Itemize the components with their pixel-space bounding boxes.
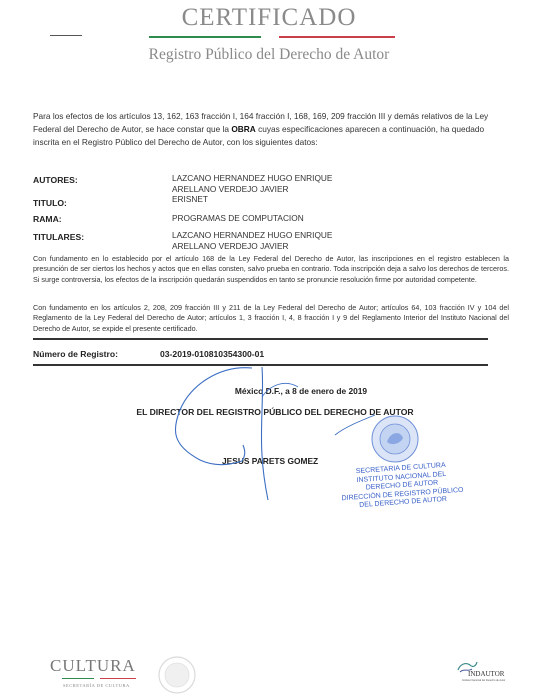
cultura-red-bar: [100, 678, 136, 679]
indautor-subtitle: Instituto Nacional del Derecho de Autor: [462, 679, 505, 682]
cultura-logo-text: CULTURA: [50, 656, 136, 676]
red-divider: [279, 36, 395, 38]
seal-text: SECRETARIA DE CULTURA INSTITUTO NACIONAL…: [331, 460, 474, 512]
author-name: LAZCANO HERNANDEZ HUGO ENRIQUE: [172, 173, 332, 184]
registration-number: 03-2019-010810354300-01: [160, 349, 264, 359]
green-divider: [149, 36, 261, 38]
certificate-subtitle: Registro Público del Derecho de Autor: [0, 46, 538, 64]
field-label-rama: RAMA:: [33, 214, 62, 224]
field-value-titulares: LAZCANO HERNANDEZ HUGO ENRIQUE ARELLANO …: [172, 230, 332, 251]
official-seal-icon: [370, 414, 420, 464]
cultura-subtitle: SECRETARÍA DE CULTURA: [63, 683, 130, 688]
author-name: ARELLANO VERDEJO JAVIER: [172, 184, 332, 195]
legal-paragraph-presumption: Con fundamento en lo establecido por el …: [33, 254, 509, 285]
holder-name: ARELLANO VERDEJO JAVIER: [172, 241, 332, 252]
indautor-logo-text: INDAUTOR: [468, 670, 504, 678]
registration-top-rule: [33, 338, 488, 340]
scan-mark: [50, 35, 82, 36]
field-label-titulares: TITULARES:: [33, 232, 84, 242]
field-label-titulo: TITULO:: [33, 198, 67, 208]
holder-name: LAZCANO HERNANDEZ HUGO ENRIQUE: [172, 230, 332, 241]
intro-emphasis: OBRA: [231, 124, 255, 134]
field-value-titulo: ERISNET: [172, 194, 208, 205]
intro-paragraph: Para los efectos de los artículos 13, 16…: [33, 110, 509, 149]
field-value-rama: PROGRAMAS DE COMPUTACION: [172, 213, 304, 224]
field-label-autores: AUTORES:: [33, 175, 78, 185]
work-title: ERISNET: [172, 194, 208, 205]
registration-label: Número de Registro:: [33, 349, 118, 359]
mexico-coat-of-arms-icon: [155, 655, 200, 695]
certificate-title: CERTIFICADO: [0, 4, 538, 32]
legal-paragraph-basis: Con fundamento en los artículos 2, 208, …: [33, 303, 509, 334]
cultura-green-bar: [62, 678, 94, 679]
branch-name: PROGRAMAS DE COMPUTACION: [172, 213, 304, 224]
field-value-autores: LAZCANO HERNANDEZ HUGO ENRIQUE ARELLANO …: [172, 173, 332, 194]
